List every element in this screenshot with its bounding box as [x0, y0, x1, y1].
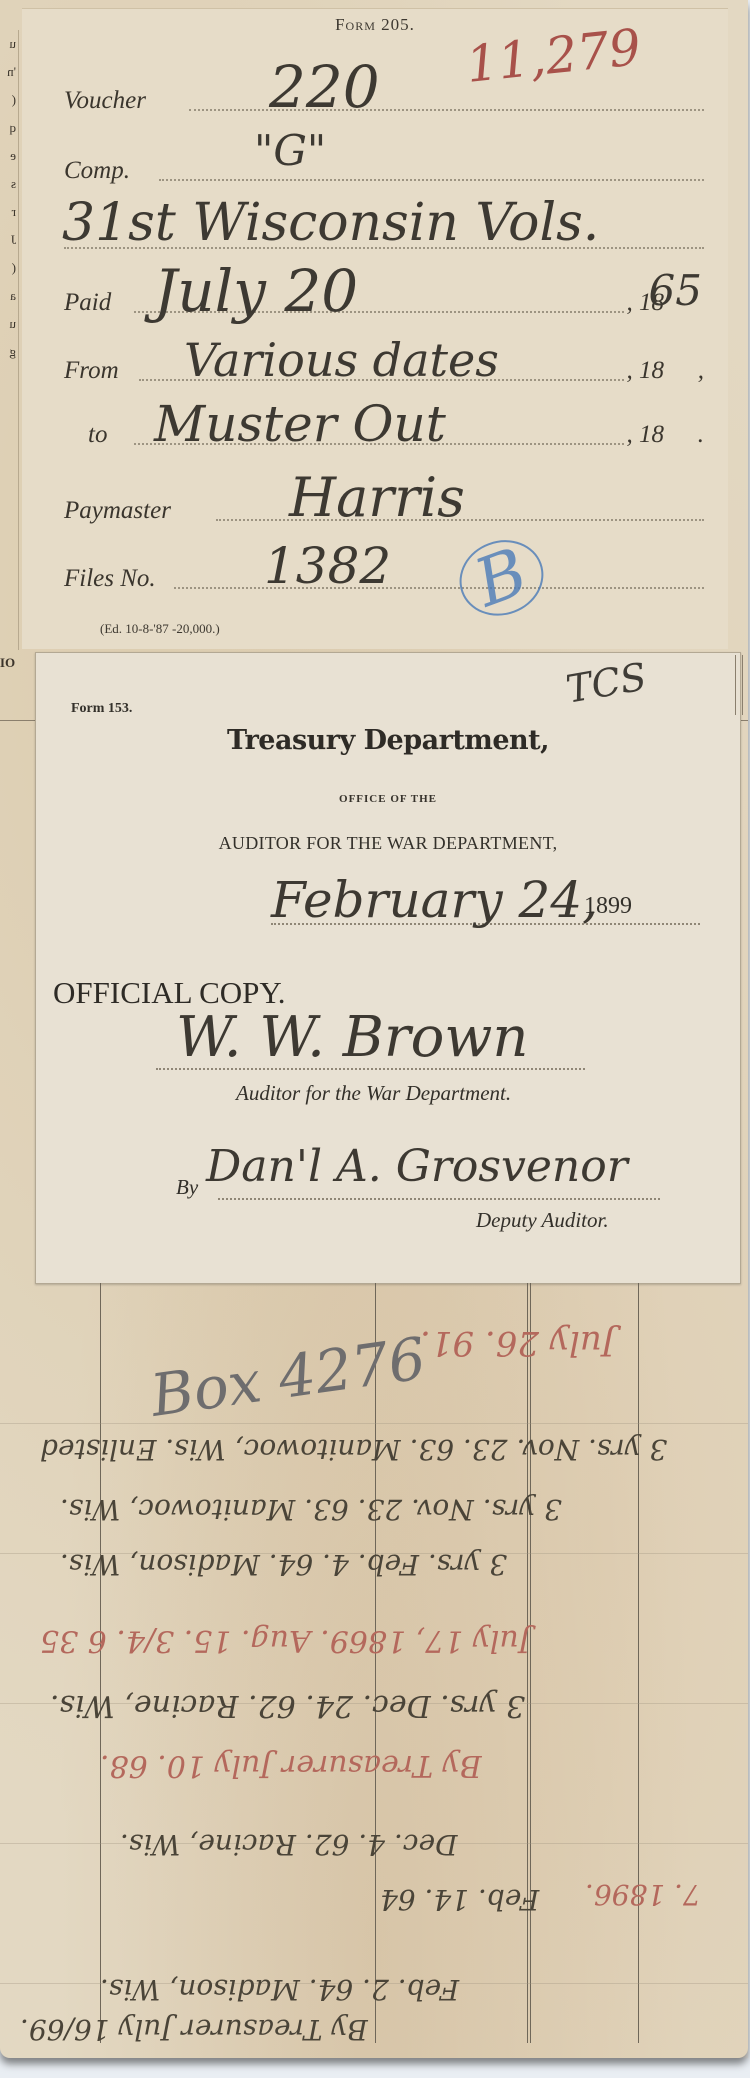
regiment-row: 31st Wisconsin Vols. [64, 199, 704, 257]
left-page-edge-fragment: u 'n ( q e s r J ( a u g [0, 30, 19, 650]
date-value: February 24, [271, 871, 598, 929]
from-value: Various dates [184, 333, 499, 387]
office-of-the-label: OFFICE OF THE [36, 793, 740, 805]
auditor-war-department-heading: AUDITOR FOR THE WAR DEPARTMENT, [36, 833, 740, 854]
by-label: By [176, 1175, 198, 1200]
paymaster-row: Paymaster Harris [64, 489, 704, 529]
auditor-signature: W. W. Brown [176, 1005, 528, 1070]
paid-year-suffix: 65 [649, 266, 702, 315]
ledger-column-rule [638, 1283, 639, 2043]
fragment-text: u [0, 30, 18, 58]
comp-row: Comp. "G" [64, 149, 704, 189]
files-dotted-line [174, 587, 704, 589]
fragment-text: r [0, 198, 18, 226]
ledger-row-rule [0, 1423, 748, 1424]
to-label: to [88, 421, 107, 449]
fragment-text: J [0, 226, 18, 254]
fragment-text: a [0, 282, 18, 310]
to-row: to Muster Out , 18 . [64, 413, 704, 453]
form-153-label: Form 153. [71, 701, 132, 717]
fragment-text: g [0, 338, 18, 366]
from-year-prefix: , 18 [627, 357, 665, 385]
comp-label: Comp. [64, 157, 130, 185]
fragment-text: s [0, 170, 18, 198]
date-year: 1899 [584, 893, 632, 920]
ledger-entry: Dec. 4. 62. Racine, Wis. [120, 1828, 458, 1861]
ledger-entry: 3 yrs. Nov. 23. 63. Manitowoc, Wis. [60, 1493, 562, 1526]
fragment-text: ( [0, 254, 18, 282]
fragment-text: e [0, 142, 18, 170]
ledger-entry: July 26. 91. [420, 1323, 615, 1363]
from-trailing: , [698, 357, 704, 385]
ledger-entry: 7. 1896. [585, 1878, 701, 1911]
initials-scribble: TCS [563, 654, 650, 711]
ledger-entry: July 17, 1869. Aug. 15. 3/4. 6 35 [40, 1623, 531, 1658]
regiment-value: 31st Wisconsin Vols. [62, 193, 599, 253]
blue-pencil-mark: B [449, 529, 554, 627]
voucher-dotted-line [189, 109, 704, 111]
ledger-entry: 3 yrs. Nov. 23. 63. Manitowoc, Wis. Enli… [40, 1433, 667, 1466]
files-number-value: 1382 [264, 537, 391, 595]
deputy-signature: Dan'l A. Grosvenor [206, 1141, 628, 1192]
ledger-entry: By Treasurer July 10. 68. [100, 1748, 482, 1783]
ledger-column-rule [530, 1283, 531, 2043]
deputy-signature-line [218, 1198, 660, 1200]
ledger-column-rule [100, 1283, 101, 2043]
files-label: Files No. [64, 565, 156, 593]
fragment-text: u [0, 310, 18, 338]
from-row: From Various dates , 18 , [64, 349, 704, 389]
fragment-text: ( [0, 86, 18, 114]
comp-dotted-line [159, 179, 704, 181]
to-value: Muster Out [154, 395, 446, 453]
files-row: Files No. 1382 B [64, 557, 704, 597]
ledger-entry: Feb. 2. 64. Madison, Wis. [100, 1973, 459, 2006]
fragment-text: 'n [0, 58, 18, 86]
paid-label: Paid [64, 289, 111, 317]
from-label: From [64, 357, 119, 385]
left-edge-rule [0, 720, 35, 721]
document-page: u 'n ( q e s r J ( a u g OI Form 205. 11… [0, 0, 748, 2058]
paid-row: Paid July 20 , 18 65 [64, 281, 704, 321]
voucher-value: 220 [269, 53, 380, 121]
ledger-column-rule [527, 1283, 528, 2043]
to-trailing: . [698, 421, 704, 449]
paid-date-value: July 20 [154, 257, 358, 325]
form-edition-note: (Ed. 10-8-'87 -20,000.) [100, 621, 220, 637]
form-205-voucher-card: Form 205. 11,279 Voucher 220 Comp. "G" 3… [22, 8, 728, 649]
ledger-entry: 3 yrs. Feb. 4. 64. Madison, Wis. [60, 1548, 507, 1581]
voucher-row: Voucher 220 [64, 79, 704, 119]
paymaster-value: Harris [289, 466, 465, 529]
paymaster-label: Paymaster [64, 497, 171, 525]
form-153-official-copy-slip: Form 153. TCS Treasury Department, OFFIC… [35, 652, 741, 1284]
ledger-entry: Feb. 14. 64 [380, 1883, 539, 1916]
ledger-entry: 3 yrs. Dec. 24. 62. Racine, Wis. [50, 1688, 525, 1723]
company-value: "G" [254, 126, 326, 175]
inverted-ledger-page: July 26. 91. Box 4276 3 yrs. Nov. 23. 63… [0, 1283, 748, 2053]
treasury-department-heading: Treasury Department, [36, 725, 740, 756]
to-year-prefix: , 18 [627, 421, 665, 449]
deputy-auditor-caption: Deputy Auditor. [476, 1208, 609, 1233]
slip-edge-mark [735, 655, 743, 715]
ledger-entry: By Treasurer July 16/69. [20, 2013, 368, 2046]
fragment-text: q [0, 114, 18, 142]
auditor-caption: Auditor for the War Department. [236, 1081, 511, 1106]
voucher-label: Voucher [64, 87, 146, 115]
pencil-box-number: Box 4276 [147, 1324, 430, 1430]
left-edge-bottom-fragment: OI [0, 655, 15, 671]
